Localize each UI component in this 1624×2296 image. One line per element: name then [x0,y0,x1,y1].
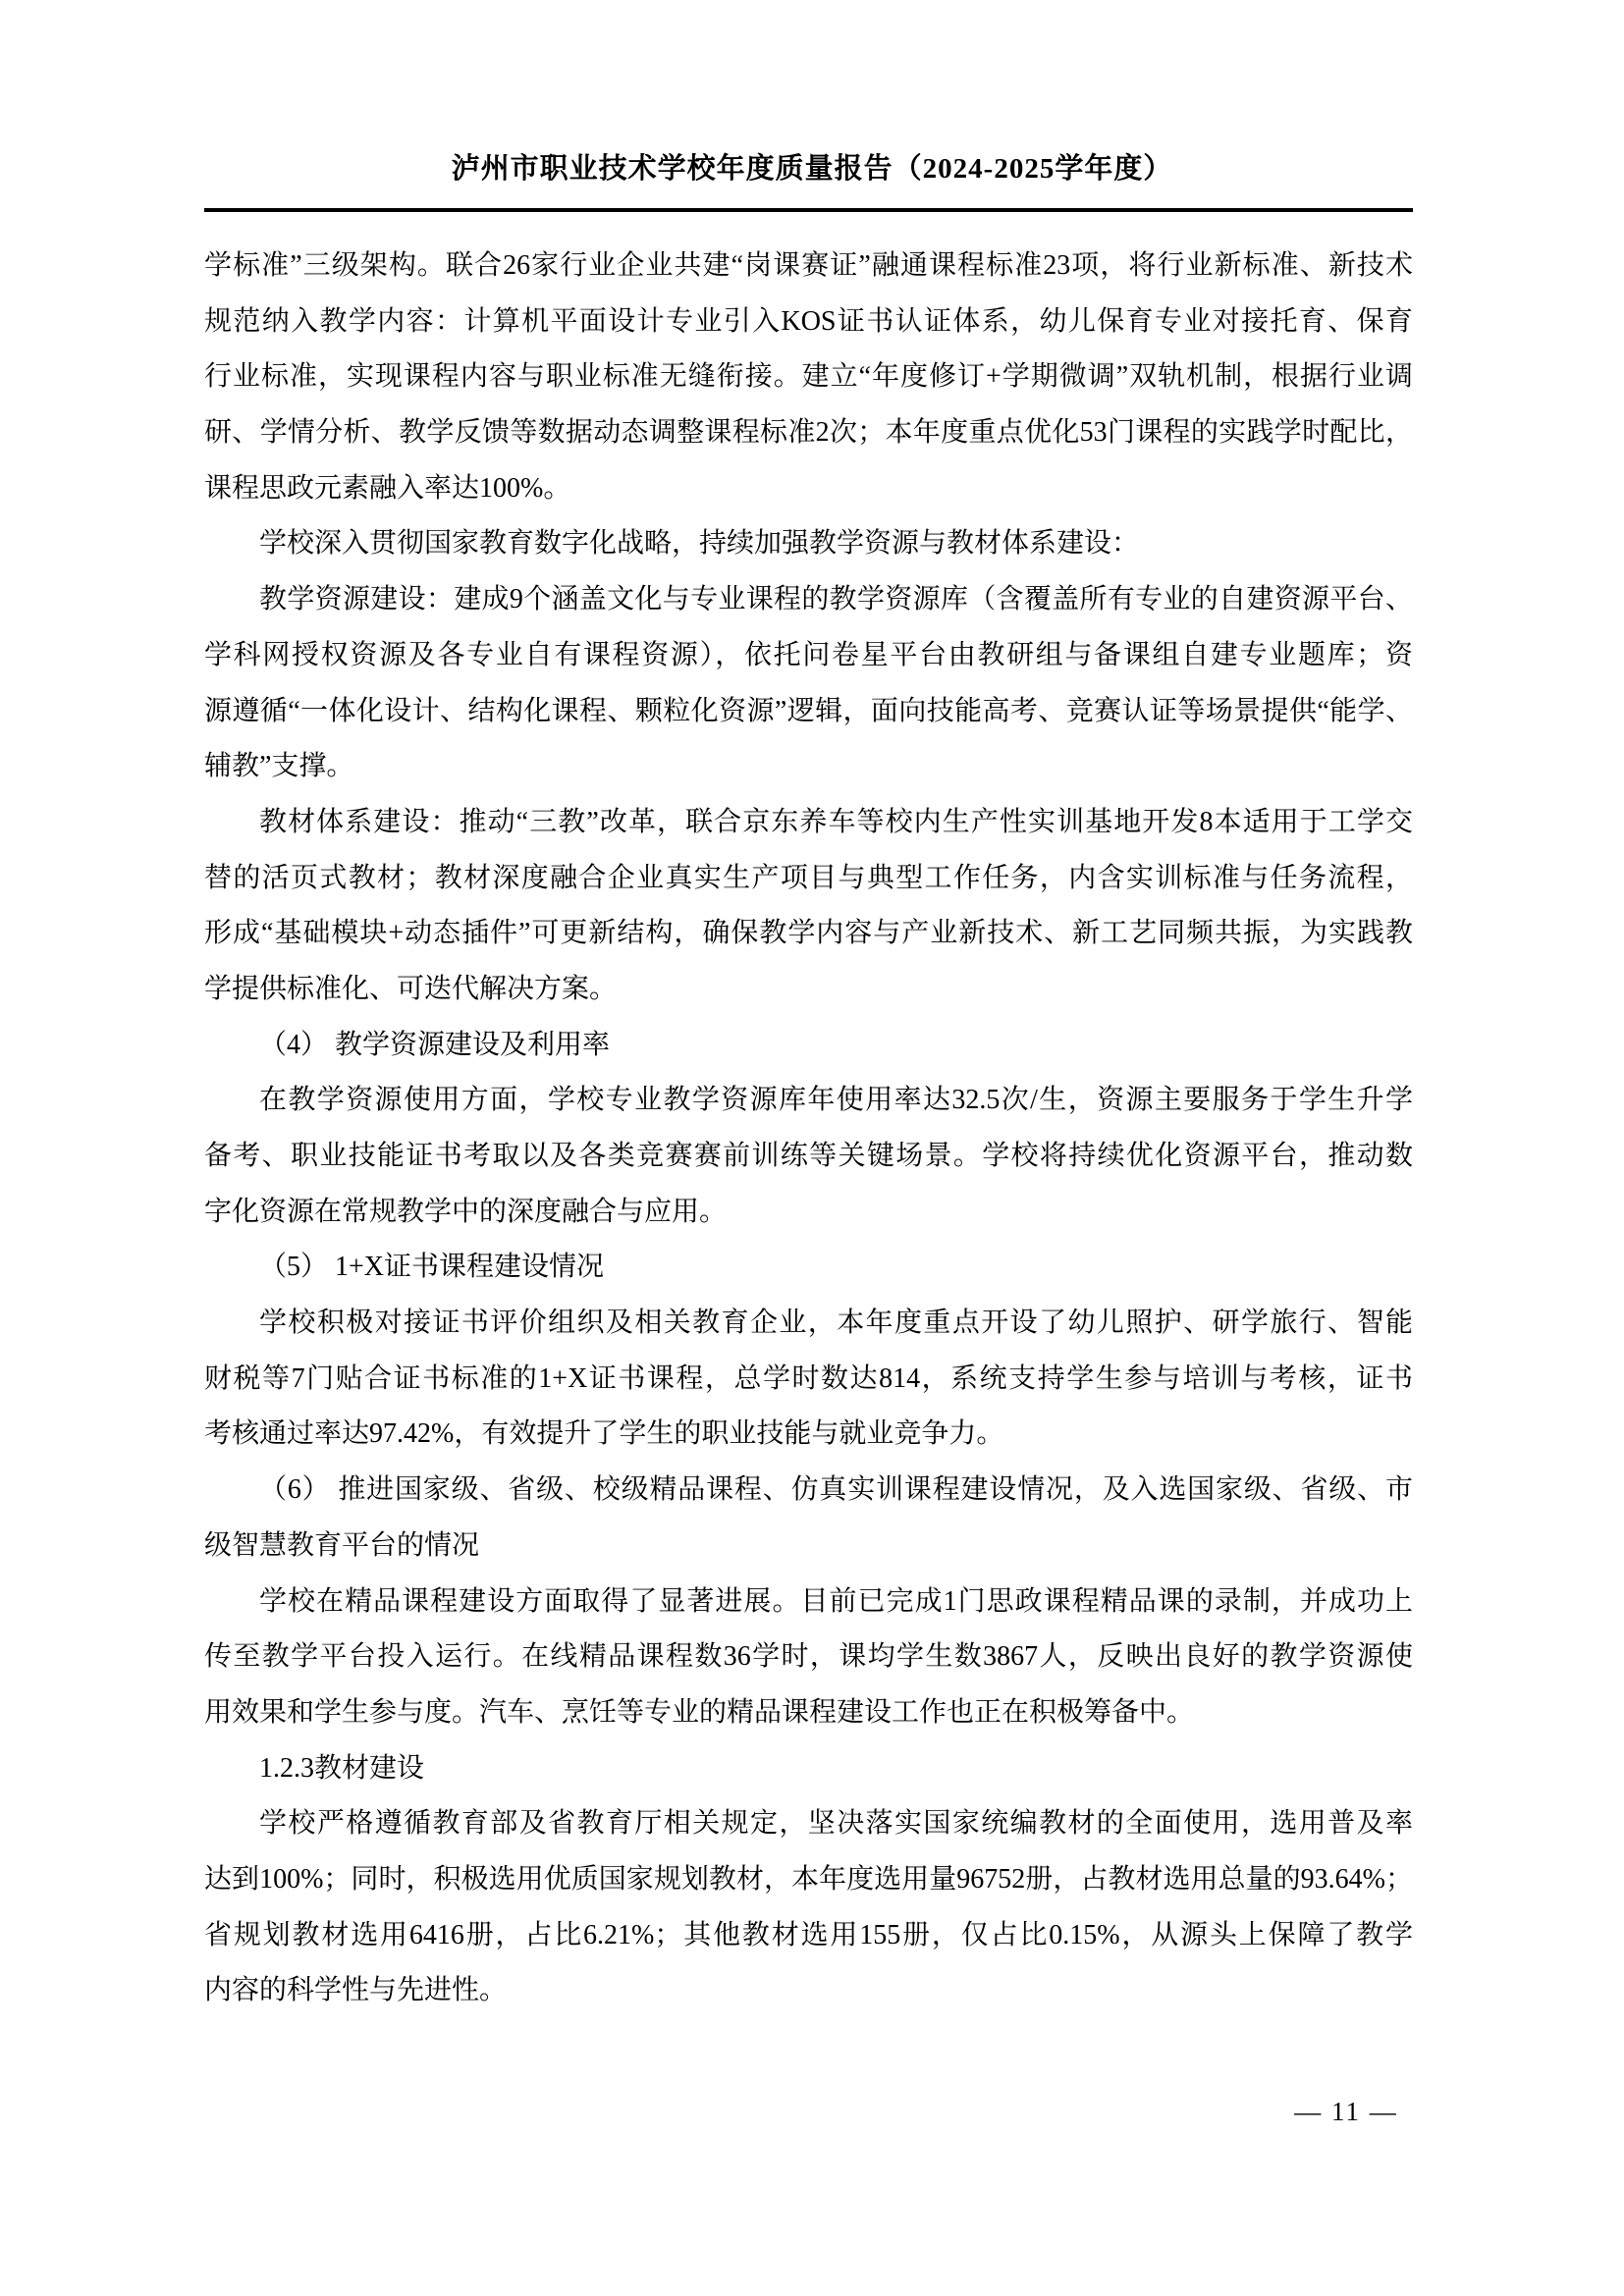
page-header-title: 泸州市职业技术学校年度质量报告（2024-2025学年度） [0,147,1624,190]
body-line: 学校在精品课程建设方面取得了显著进展。目前已完成1门思政课程精品课的录制，并成功… [204,1575,1413,1630]
body-line: 达到100%；同时，积极选用优质国家规划教材，本年度选用量96752册，占教材选… [204,1852,1413,1908]
body-line: 学校积极对接证书评价组织及相关教育企业，本年度重点开设了幼儿照护、研学旅行、智能 [204,1296,1413,1352]
body-line: （6） 推进国家级、省级、校级精品课程、仿真实训课程建设情况，及入选国家级、省级… [204,1463,1413,1519]
body-line: 备考、职业技能证书考取以及各类竞赛赛前训练等关键场景。学校将持续优化资源平台，推… [204,1129,1413,1185]
body-line: 在教学资源使用方面，学校专业教学资源库年使用率达32.5次/生，资源主要服务于学… [204,1073,1413,1129]
body-line: 内容的科学性与先进性。 [204,1963,1413,2019]
body-line: 学校严格遵循教育部及省教育厅相关规定，坚决落实国家统编教材的全面使用，选用普及率 [204,1796,1413,1852]
page-number: — 11 — [1272,2092,1420,2131]
body-line: 源遵循“一体化设计、结构化课程、颗粒化资源”逻辑，面向技能高考、竞赛认证等场景提… [204,684,1413,740]
body-line: 辅教”支撑。 [204,739,1413,795]
body-line: 学标准”三级架构。联合26家行业企业共建“岗课赛证”融通课程标准23项，将行业新… [204,239,1413,294]
body-line: 学提供标准化、可迭代解决方案。 [204,962,1413,1018]
body-line: 学科网授权资源及各专业自有课程资源），依托问卷星平台由教研组与备课组自建专业题库… [204,628,1413,684]
body-line: 课程思政元素融入率达100%。 [204,461,1413,517]
header-divider [204,208,1413,212]
body-line: （5） 1+X证书课程建设情况 [204,1240,1413,1296]
body-line: 用效果和学生参与度。汽车、烹饪等专业的精品课程建设工作也正在积极筹备中。 [204,1685,1413,1741]
body-line: 财税等7门贴合证书标准的1+X证书课程，总学时数达814，系统支持学生参与培训与… [204,1352,1413,1408]
body-line: 省规划教材选用6416册，占比6.21%；其他教材选用155册，仅占比0.15%… [204,1908,1413,1964]
body-line: 学校深入贯彻国家教育数字化战略，持续加强教学资源与教材体系建设： [204,516,1413,572]
body-line: 形成“基础模块+动态插件”可更新结构，确保教学内容与产业新技术、新工艺同频共振，… [204,906,1413,962]
body-line: 1.2.3教材建设 [204,1741,1413,1797]
body-line: （4） 教学资源建设及利用率 [204,1018,1413,1074]
body-line: 传至教学平台投入运行。在线精品课程数36学时，课均学生数3867人，反映出良好的… [204,1629,1413,1685]
body-line: 替的活页式教材；教材深度融合企业真实生产项目与典型工作任务，内含实训标准与任务流… [204,851,1413,907]
body-line: 级智慧教育平台的情况 [204,1519,1413,1575]
document-body: 学标准”三级架构。联合26家行业企业共建“岗课赛证”融通课程标准23项，将行业新… [204,239,1413,2019]
body-line: 研、学情分析、教学反馈等数据动态调整课程标准2次；本年度重点优化53门课程的实践… [204,405,1413,461]
body-line: 考核通过率达97.42%，有效提升了学生的职业技能与就业竞争力。 [204,1407,1413,1463]
body-line: 教学资源建设：建成9个涵盖文化与专业课程的教学资源库（含覆盖所有专业的自建资源平… [204,572,1413,628]
body-line: 教材体系建设：推动“三教”改革，联合京东养车等校内生产性实训基地开发8本适用于工… [204,795,1413,851]
body-line: 规范纳入教学内容：计算机平面设计专业引入KOS证书认证体系，幼儿保育专业对接托育… [204,294,1413,350]
document-page: 泸州市职业技术学校年度质量报告（2024-2025学年度） 学标准”三级架构。联… [0,0,1624,2296]
body-line: 字化资源在常规教学中的深度融合与应用。 [204,1185,1413,1241]
body-line: 行业标准，实现课程内容与职业标准无缝衔接。建立“年度修订+学期微调”双轨机制，根… [204,349,1413,405]
